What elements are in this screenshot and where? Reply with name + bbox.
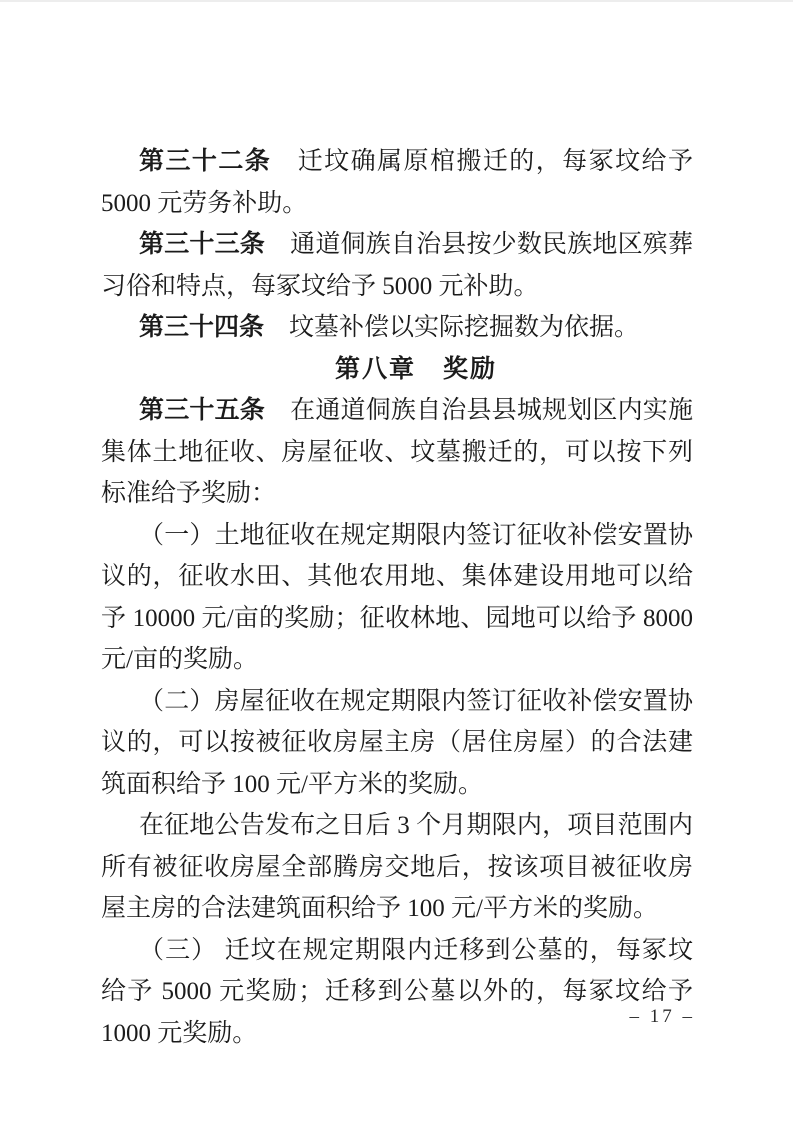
article-32-label: 第三十二条 — [139, 147, 271, 175]
article-35-label: 第三十五条 — [139, 396, 265, 424]
page-number: – 17 – — [630, 1006, 696, 1028]
para-article-35: 第三十五条 在通道侗族自治县县城规划区内实施集体土地征收、房屋征收、坟墓搬迁的，… — [101, 390, 693, 515]
para-item-1: （一）土地征收在规定期限内签订征收补偿安置协议的，征收水田、其他农用地、集体建设… — [101, 515, 693, 681]
article-33-label: 第三十三条 — [139, 230, 265, 258]
para-item-3: （三） 迁坟在规定期限内迁移到公墓的，每冢坟给予 5000 元奖励；迁移到公墓以… — [101, 930, 693, 1055]
scan-edge-line — [0, 0, 793, 2]
article-34-label: 第三十四条 — [139, 313, 264, 341]
document-body: 第三十二条 迁坟确属原棺搬迁的，每冢坟给予 5000 元劳务补助。 第三十三条 … — [101, 141, 693, 1054]
chapter-heading: 第八章 奖励 — [101, 349, 693, 391]
para-item-2-continued: 在征地公告发布之日后 3 个月期限内，项目范围内所有被征收房屋全部腾房交地后，按… — [101, 805, 693, 930]
article-34-text: 坟墓补偿以实际挖掘数为依据。 — [264, 314, 639, 341]
para-article-32: 第三十二条 迁坟确属原棺搬迁的，每冢坟给予 5000 元劳务补助。 — [101, 141, 693, 224]
para-article-34: 第三十四条 坟墓补偿以实际挖掘数为依据。 — [101, 307, 693, 349]
para-article-33: 第三十三条 通道侗族自治县按少数民族地区殡葬习俗和特点，每冢坟给予 5000 元… — [101, 224, 693, 307]
para-item-2: （二）房屋征收在规定期限内签订征收补偿安置协议的，可以按被征收房屋主房（居住房屋… — [101, 681, 693, 806]
document-page: 第三十二条 迁坟确属原棺搬迁的，每冢坟给予 5000 元劳务补助。 第三十三条 … — [0, 0, 793, 1122]
